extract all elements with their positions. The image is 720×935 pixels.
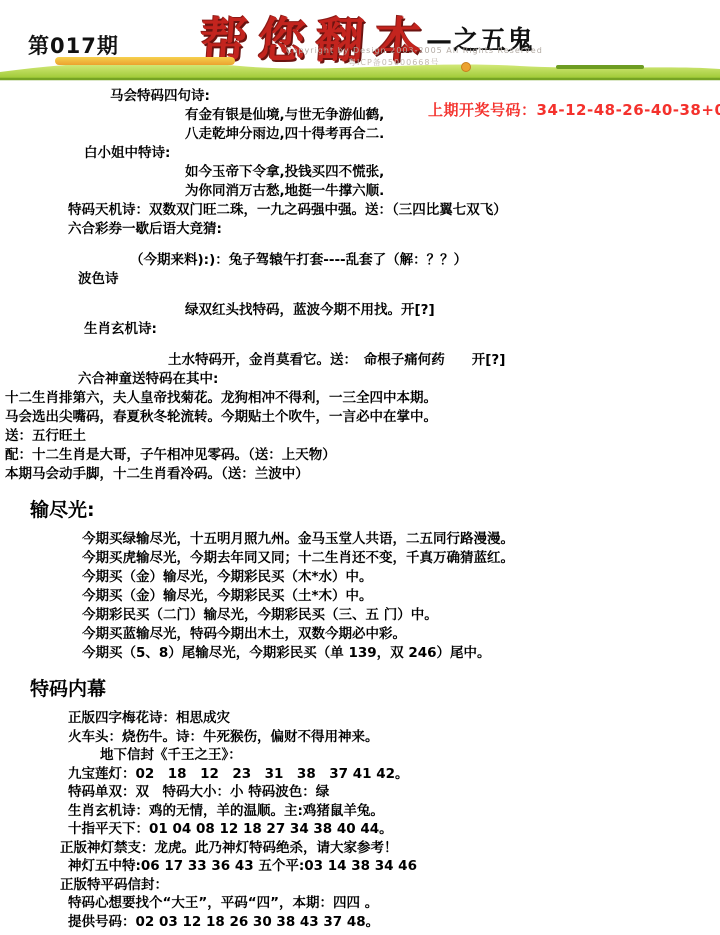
text-line: 有金有银是仙境,与世无争游仙鹤, — [0, 106, 720, 125]
orange-dot — [462, 63, 471, 72]
text-line: 今期买（金）输尽光，今期彩民买（土*木）中。 — [0, 587, 720, 606]
text-line: 正版特平码信封： — [0, 876, 720, 895]
text-line: 九宝莲灯：02 18 12 23 31 38 37 41 42。 — [0, 765, 720, 784]
text-line: （今期来料):)：兔子驾辕午打套----乱套了（解：？？） — [0, 251, 720, 270]
text-line: 为你同消万古愁,地挺一牛撑六顺. — [0, 182, 720, 201]
text-line: 白小姐中特诗: — [0, 144, 720, 163]
text-line: 马会选出尖嘴码，春夏秋冬轮流转。今期贴土个吹牛，一言必中在掌中。 — [0, 408, 720, 427]
text-line: 六合神童送特码在其中: — [0, 370, 720, 389]
text-line: 今期彩民买（二门）输尽光，今期彩民买（三、五 门）中。 — [0, 606, 720, 625]
section-heading: 特码内幕 — [0, 677, 720, 701]
yellow-strip — [55, 57, 235, 65]
text-line: 生肖玄机诗: — [0, 320, 720, 339]
text-line: 提供号码：02 03 12 18 26 30 38 43 37 48。 — [0, 913, 720, 932]
text-line: 八走乾坤分雨边,四十得考再合二. — [0, 125, 720, 144]
text-line: 配：十二生肖是大哥，子午相冲见零码。（送：上天物） — [0, 446, 720, 465]
spacer — [0, 239, 720, 251]
text-line: 今期买（5、8）尾输尽光，今期彩民买（单 139，双 246）尾中。 — [0, 644, 720, 663]
text-line: 送：五行旺土 — [0, 427, 720, 446]
text-line: 六合彩券一歇后语大竞猜: — [0, 220, 720, 239]
text-line: 今期买虎输尽光，今期去年同又同；十二生肖还不变，千真万确猜蓝红。 — [0, 549, 720, 568]
text-line: 特码心想要找个“大王”，平码“四”，本期：四四 。 — [0, 894, 720, 913]
text-line: 本期马会动手脚，十二生肖看冷码。（送：兰波中） — [0, 465, 720, 484]
text-line: 正版神灯禁支：龙虎。此乃神灯特码绝杀，请大家参考！ — [0, 839, 720, 858]
text-line: 绿双红头找特码，蓝波今期不用找。开[?] — [0, 301, 720, 320]
text-line: 特码单双：双 特码大小：小 特码波色：绿 — [0, 783, 720, 802]
grass-banner-graphic — [0, 56, 720, 84]
dark-green-dash — [556, 65, 644, 69]
text-line: 正版四字梅花诗：相思成灾 — [0, 709, 720, 728]
text-line: 火车头：烧伤牛。诗：牛死猴伤，偏财不得用神来。 — [0, 728, 720, 747]
text-line: 今期买蓝输尽光，特码今期出木土，双数今期必中彩。 — [0, 625, 720, 644]
text-line: 神灯五中特:06 17 33 36 43 五个平:03 14 38 34 46 — [0, 857, 720, 876]
text-line: 波色诗 — [0, 270, 720, 289]
text-line: 十二生肖排第六，夫人皇帝找菊花。龙狗相冲不得利，一三全四中本期。 — [0, 389, 720, 408]
copyright-text: Copyright by Design 2003-2005 All Rights… — [286, 46, 543, 55]
text-line: 如今玉帝下令拿,投钱买四不慌张, — [0, 163, 720, 182]
text-line: 地下信封《千王之王》： — [0, 746, 720, 765]
text-line: 十指平天下：01 04 08 12 18 27 34 38 40 44。 — [0, 820, 720, 839]
spacer — [0, 339, 720, 351]
section-heading: 输尽光: — [0, 498, 720, 522]
text-line: 土水特码开，金肖莫看它。送： 命根子痛何药 开[?] — [0, 351, 720, 370]
grass-banner-svg — [0, 56, 720, 84]
text-line: 今期买绿输尽光，十五明月照九州。金马玉堂人共语，二五同行路漫漫。 — [0, 530, 720, 549]
text-line: 生肖玄机诗：鸡的无情，羊的温顺。主:鸡猪鼠羊兔。 — [0, 802, 720, 821]
spacer — [0, 289, 720, 301]
text-line: 马会特码四句诗: — [0, 87, 720, 106]
document-body: 马会特码四句诗:有金有银是仙境,与世无争游仙鹤,八走乾坤分雨边,四十得考再合二.… — [0, 87, 720, 931]
text-line: 特码天机诗：双数双门旺二珠，一九之码强中强。送：（三四比翼七双飞） — [0, 201, 720, 220]
text-line: 今期买（金）输尽光，今期彩民买（木*水）中。 — [0, 568, 720, 587]
